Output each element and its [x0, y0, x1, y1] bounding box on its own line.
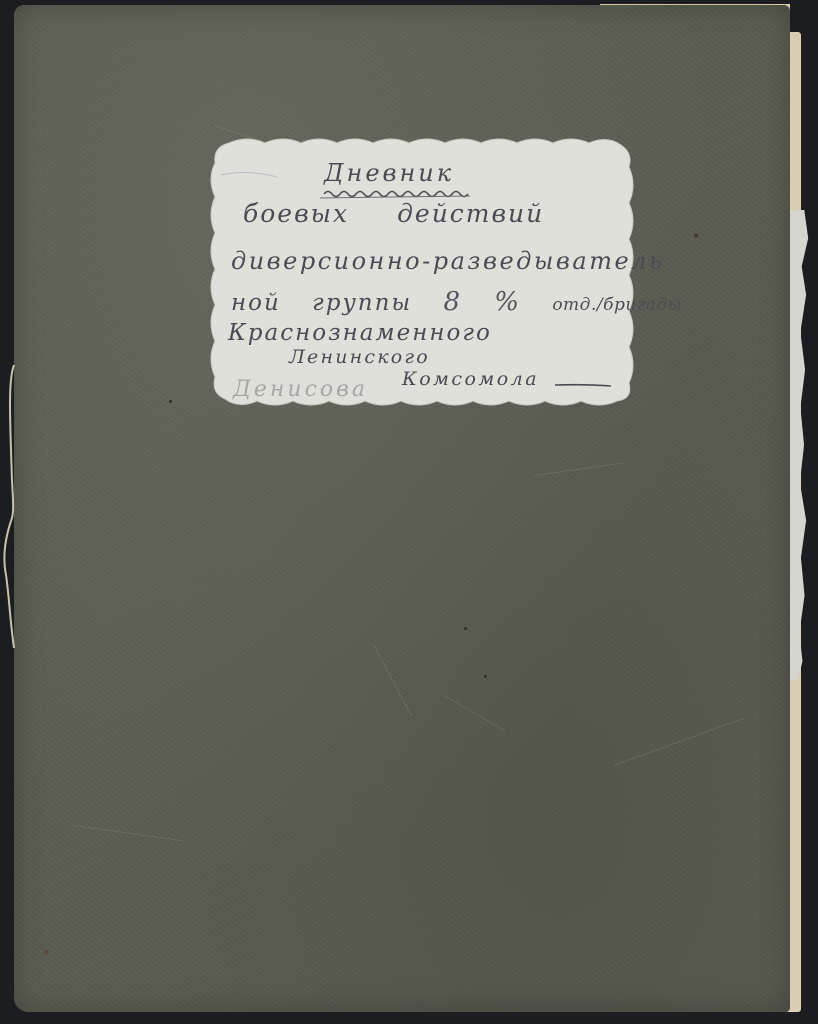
label-line-3-text: ной группы: [231, 290, 412, 316]
cover-speck: [464, 627, 467, 630]
trailing-dash: [555, 382, 613, 388]
scan-background: Дневник боевых действий диверсионно-разв…: [0, 0, 818, 1024]
unit-number: 8 %: [443, 287, 521, 317]
cover-speck: [169, 400, 172, 403]
torn-page-edge: [790, 210, 816, 680]
cover-speck: [44, 950, 49, 955]
label-line-5: Ленинского: [289, 348, 430, 367]
label-line-2: диверсионно-разведыватель: [231, 249, 665, 273]
cover-crease: [534, 462, 623, 476]
cover-speck: [694, 233, 698, 238]
cover-crease: [74, 825, 183, 841]
cover-speck: [484, 675, 487, 678]
label-line-3: ной группы 8 % отд./бригады: [231, 289, 682, 315]
label-line-6: Комсомола: [402, 370, 539, 389]
cover-crease: [374, 645, 412, 716]
binding-thread: [0, 360, 20, 650]
faded-signature: Денисова: [233, 379, 368, 401]
cover-crease: [614, 717, 746, 766]
pasted-paper-label: Дневник боевых действий диверсионно-разв…: [207, 137, 637, 407]
label-title: Дневник: [324, 161, 454, 185]
label-line-1: боевых действий: [243, 201, 544, 226]
cover-crease: [444, 695, 505, 731]
unit-abbrev: отд./бригады: [552, 295, 682, 315]
label-line-4: Краснознаменного: [228, 322, 492, 345]
